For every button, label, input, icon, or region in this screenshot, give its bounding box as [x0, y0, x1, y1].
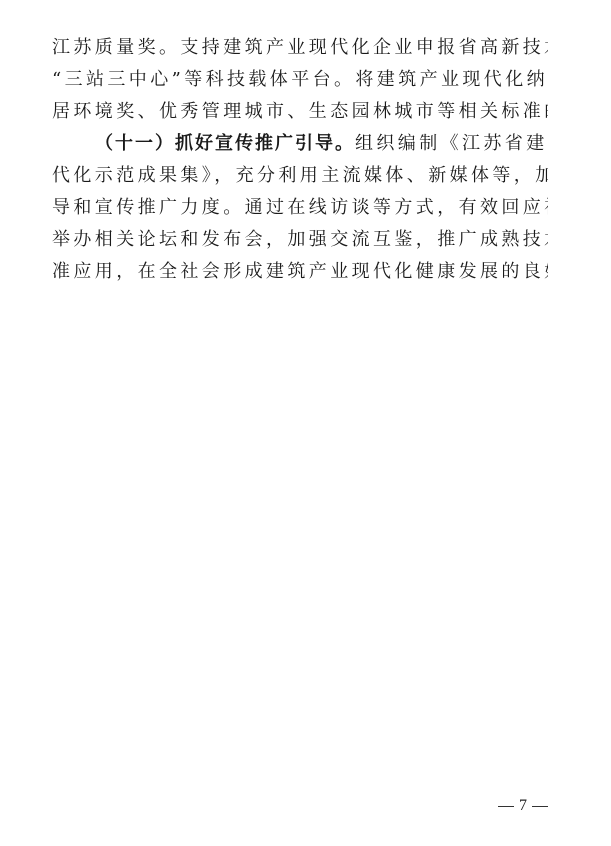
paragraph-line: 代化示范成果集》，充分利用主流媒体、新媒体等，加大舆论引: [52, 160, 548, 192]
section-first-line: （十一）抓好宣传推广引导。组织编制《江苏省建筑产业现: [52, 128, 548, 160]
dash-left: [498, 806, 514, 807]
paragraph-line: “三站三中心”等科技载体平台。将建筑产业现代化纳入江苏人: [52, 64, 548, 96]
paragraph-line: 举办相关论坛和发布会，加强交流互鉴，推广成熟技术，促进标: [52, 224, 548, 256]
section-heading: （十一）抓好宣传推广引导。: [95, 133, 355, 154]
paragraph-line: 准应用，在全社会形成建筑产业现代化健康发展的良好氛围。: [52, 256, 548, 288]
page-number-value: 7: [519, 797, 527, 814]
paragraph-line: 江苏质量奖。支持建筑产业现代化企业申报省高新技术企业和: [52, 32, 548, 64]
section-text: 组织编制《江苏省建筑产业现: [355, 133, 548, 154]
paragraph-line: 居环境奖、优秀管理城市、生态园林城市等相关标准的修订内容。: [52, 96, 548, 128]
document-page: 江苏质量奖。支持建筑产业现代化企业申报省高新技术企业和 “三站三中心”等科技载体…: [0, 0, 611, 846]
paragraph-line: 导和宣传推广力度。通过在线访谈等方式，有效回应社会关切。: [52, 192, 548, 224]
dash-right: [532, 806, 548, 807]
page-number: 7: [493, 797, 553, 815]
body-text: 江苏质量奖。支持建筑产业现代化企业申报省高新技术企业和 “三站三中心”等科技载体…: [52, 32, 552, 288]
